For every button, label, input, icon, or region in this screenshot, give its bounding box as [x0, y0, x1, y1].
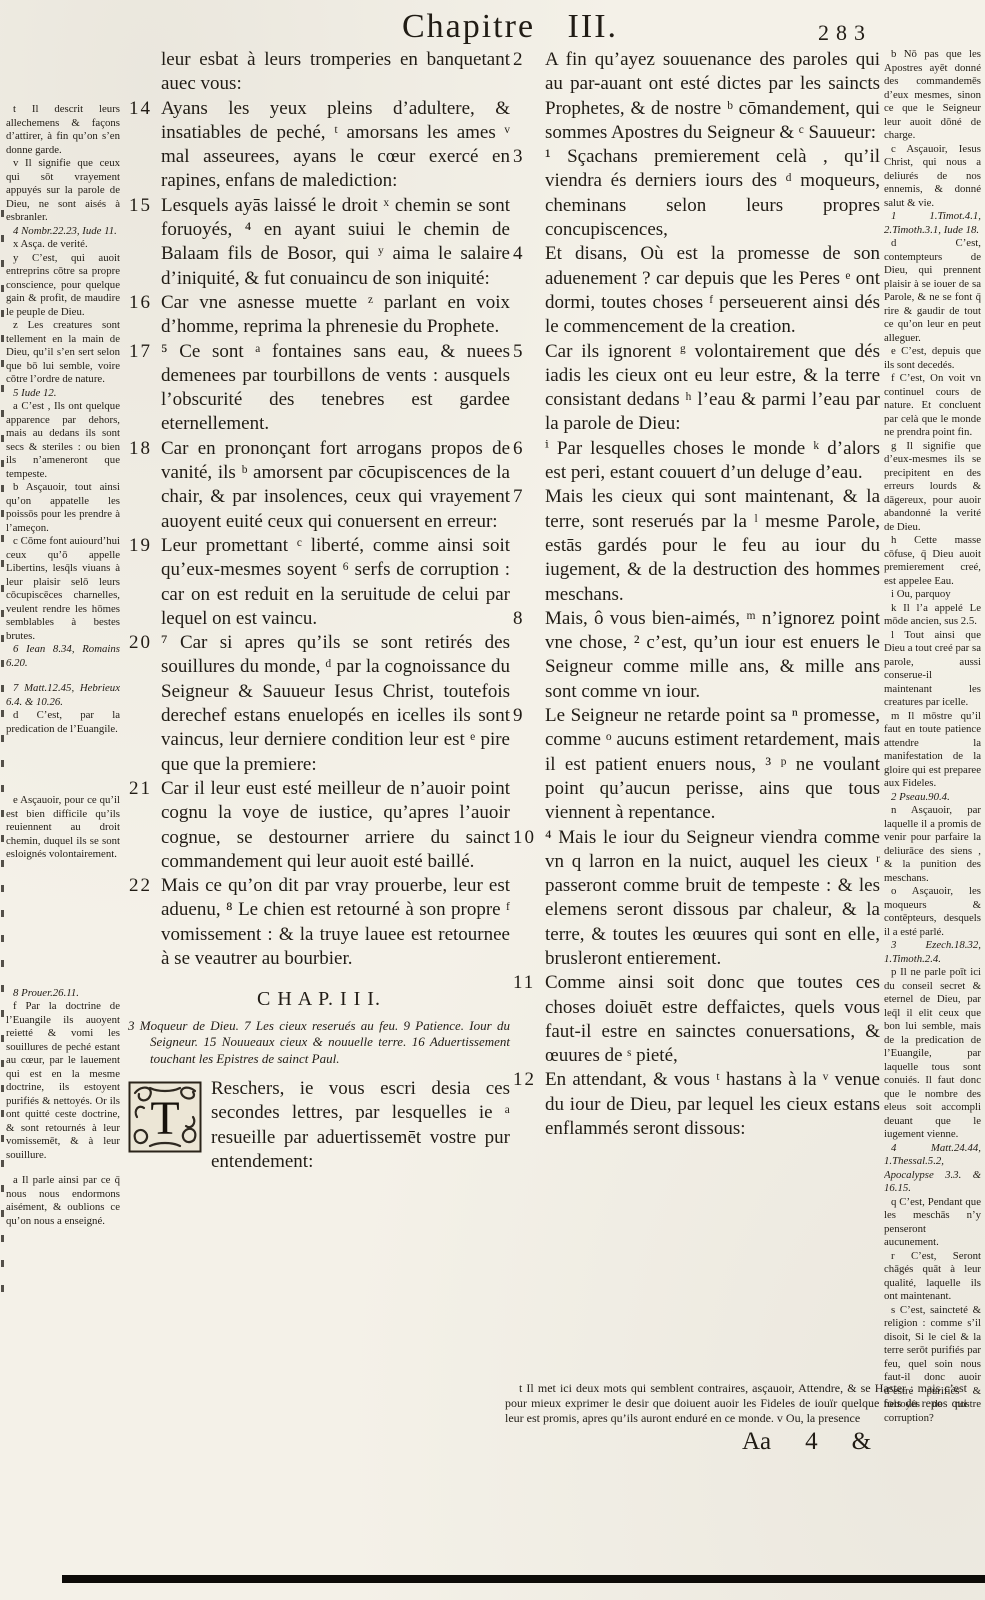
verse-paragraph: 2A fin qu’ayez souuenance des paroles qu… [512, 48, 880, 145]
verse-paragraph: 3¹ Sçachans premierement celà , qu’il vi… [512, 145, 880, 242]
margin-note: o Asçauoir, les moqueurs & contēpteurs, … [884, 885, 981, 939]
margin-note: 2 Pseau.90.4. [884, 791, 981, 805]
margin-note: a Il parle ainsi par ce q̄ nous nous end… [6, 1174, 120, 1228]
verse-text: Car ils ignorent ᵍ volontairement que dé… [545, 341, 880, 435]
verse-number: 10 [513, 826, 536, 850]
margin-note: d C’est, contempteurs de Dieu, qui prenn… [884, 237, 981, 345]
margin-note: 6 Iean 8.34, Romains 6.20. [6, 643, 120, 670]
margin-note: t Il descrit leurs allechemens & façons … [6, 103, 120, 157]
verse-text: Mais, ô vous bien-aimés, ᵐ n’ignorez poi… [545, 608, 880, 702]
verse-paragraph: 18Car en prononçant fort arrogans propos… [128, 437, 510, 534]
margin-note: 4 Matt.24.44, 1.Thessal.5.2, Apocalypse … [884, 1142, 981, 1196]
verse-text: Comme ainsi soit donc que toutes ces cho… [545, 972, 880, 1066]
verse-paragraph: 5Car ils ignorent ᵍ volontairement que d… [512, 340, 880, 437]
chapter-running-title: Chapitre III. [130, 8, 890, 46]
left-edge-bleed-marks [1, 210, 4, 1310]
leaf-number: 4 [805, 1428, 818, 1456]
margin-note: p Il ne parle poīt ici du conseil secret… [884, 966, 981, 1142]
verse-text: Ayans les yeux pleins d’adultere, & insa… [161, 98, 510, 192]
verse-number: 5 [513, 340, 525, 364]
verse-number: 22 [129, 874, 152, 898]
verse-paragraph: 16Car vne asnesse muette ᶻ parlant en vo… [128, 291, 510, 340]
margin-note: m Il mōstre qu’il faut en toute patience… [884, 710, 981, 791]
verse-number: 7 [513, 485, 525, 509]
margin-note: a C’est , Ils ont quelque apparence par … [6, 400, 120, 481]
verse-text: Car vne asnesse muette ᶻ parlant en voix… [161, 292, 510, 337]
chapter-opening-text: Reschers, ie vous escri desia ces second… [211, 1078, 510, 1172]
margin-note: r C’est, Seront chāgés quāt à leur quali… [884, 1250, 981, 1304]
verse-text: En attendant, & vous ᵗ hastans à la ᵛ ve… [545, 1069, 880, 1139]
verse-number: 17 [129, 340, 152, 364]
verse-text: Et disans, Où est la promesse de son adu… [545, 243, 880, 337]
margin-note: 8 Prouer.26.11. [6, 987, 120, 1001]
margin-note: x Asça. de verité. [6, 238, 120, 252]
margin-note: g Il signifie que d’eux-mesmes ils se pr… [884, 440, 981, 535]
margin-note: 3 Ezech.18.32, 1.Timoth.2.4. [884, 939, 981, 966]
verse-number: 20 [129, 631, 152, 655]
margin-note: d C’est, par la predication de l’Euangil… [6, 709, 120, 736]
catchword: & [852, 1428, 871, 1456]
verse-paragraph: 17⁵ Ce sont ᵃ fontaines sans eau, & nuee… [128, 340, 510, 437]
verse-number: 21 [129, 777, 152, 801]
chapter-opening-paragraph: T Reschers, ie vous escri desia ces seco… [128, 1077, 510, 1174]
bottom-rule [62, 1575, 985, 1583]
verse-paragraph: 14Ayans les yeux pleins d’adultere, & in… [128, 97, 510, 194]
margin-note: b Asçauoir, tout ainsi qu’on appatelle l… [6, 481, 120, 535]
verse-text: Mais ce qu’on dit par vray prouerbe, leu… [161, 875, 510, 969]
margin-note: c Asçauoir, Iesus Christ, qui nous a del… [884, 143, 981, 211]
verse-number: 19 [129, 534, 152, 558]
verse-paragraph: 11Comme ainsi soit donc que toutes ces c… [512, 971, 880, 1068]
verse-paragraph: 9Le Seigneur ne retarde point sa ⁿ prome… [512, 704, 880, 825]
right-margin-notes: b Nō pas que les Apostres ayēt donné des… [884, 48, 981, 1428]
verse-number: 8 [513, 607, 525, 631]
verse-number: 18 [129, 437, 152, 461]
verse-text: Le Seigneur ne retarde point sa ⁿ promes… [545, 705, 880, 823]
margin-note: c Cōme font auiourd’hui ceux qu’ō appell… [6, 535, 120, 643]
verse-number: 4 [513, 242, 525, 266]
verse-paragraph: 7Mais les cieux qui sont maintenant, & l… [512, 485, 880, 606]
margin-note: 4 Nombr.22.23, Iude 11. [6, 225, 120, 239]
margin-note: 1 1.Timot.4.1, 2.Timoth.3.1, Iude 18. [884, 210, 981, 237]
verse-paragraph: 8Mais, ô vous bien-aimés, ᵐ n’ignorez po… [512, 607, 880, 704]
verse-text: leur esbat à leurs tromperies en banquet… [161, 49, 510, 94]
verse-text: A fin qu’ayez souuenance des paroles qui… [545, 49, 880, 143]
verse-text: Car il leur eust esté meilleur de n’auoi… [161, 778, 510, 872]
margin-note: 7 Matt.12.45, Hebrieux 6.4. & 10.26. [6, 682, 120, 709]
verse-number: 16 [129, 291, 152, 315]
margin-note: y C’est, qui auoit entreprins cōtre sa p… [6, 252, 120, 320]
gathering-signature-line: Aa 4 & [742, 1428, 871, 1456]
margin-note: f Par la doctrine de l’Euangile ils auoy… [6, 1000, 120, 1162]
margin-note: i Ou, parquoy [884, 588, 981, 602]
verse-paragraph: 10⁴ Mais le iour du Seigneur viendra com… [512, 826, 880, 972]
left-margin-notes: t Il descrit leurs allechemens & façons … [6, 103, 120, 1448]
margin-note: q C’est, Pendant que les meschās n’y pen… [884, 1196, 981, 1250]
main-text-left-column: leur esbat à leurs tromperies en banquet… [128, 48, 510, 1174]
verse-paragraph: 4Et disans, Où est la promesse de son ad… [512, 242, 880, 339]
gathering-signature: Aa [742, 1428, 771, 1456]
verse-paragraph: 22Mais ce qu’on dit par vray prouerbe, l… [128, 874, 510, 971]
margin-note: k Il l’a appelé Le mōde ancien, sus 2.5. [884, 602, 981, 629]
verse-paragraph: 12En attendant, & vous ᵗ hastans à la ᵛ … [512, 1068, 880, 1141]
verse-text: Car en prononçant fort arrogans propos d… [161, 438, 510, 532]
chapter-heading: C H A P. I I I. [128, 987, 510, 1011]
margin-note: e Asçauoir, pour ce qu’il est bien diffi… [6, 794, 120, 862]
book-page: Chapitre III. 283 t Il descrit leurs all… [0, 0, 985, 1600]
verse-number: 6 [513, 437, 525, 461]
verse-paragraph: leur esbat à leurs tromperies en banquet… [128, 48, 510, 97]
margin-note: n Asçauoir, par laquelle il a promis de … [884, 804, 981, 885]
verse-number: 9 [513, 704, 525, 728]
verse-number: 15 [129, 194, 152, 218]
verse-paragraph: 20⁷ Car si apres qu’ils se sont retirés … [128, 631, 510, 777]
main-text-right-column: 2A fin qu’ayez souuenance des paroles qu… [512, 48, 880, 1141]
bottom-footnote: t Il met ici deux mots qui semblent cont… [505, 1381, 967, 1425]
verse-text: ⁴ Mais le iour du Seigneur viendra comme… [545, 827, 880, 969]
verse-paragraph: 19Leur promettant ᶜ liberté, comme ainsi… [128, 534, 510, 631]
verse-number: 11 [513, 971, 535, 995]
margin-note: 5 Iude 12. [6, 387, 120, 401]
margin-note: e C’est, depuis que ils sont decedés. [884, 345, 981, 372]
verse-paragraph: 21Car il leur eust esté meilleur de n’au… [128, 777, 510, 874]
margin-note: v Il signifie que ceux qui sōt vrayement… [6, 157, 120, 225]
verse-text: Leur promettant ᶜ liberté, comme ainsi s… [161, 535, 510, 629]
page-number: 283 [818, 20, 872, 46]
verse-number: 12 [513, 1068, 536, 1092]
verse-text: ⁱ Par lesquelles choses le monde ᵏ d’alo… [545, 438, 880, 483]
margin-note: f C’est, On voit vn continuel cours de n… [884, 372, 981, 440]
verse-paragraph: 15Lesquels ayās laissé le droit ˣ chemin… [128, 194, 510, 291]
chapter-summary: 3 Moqueur de Dieu. 7 Les cieux reserués … [128, 1018, 510, 1068]
margin-note: l Tout ainsi que Dieu a tout creé par sa… [884, 629, 981, 710]
verse-text: ⁷ Car si apres qu’ils se sont retirés de… [161, 632, 510, 774]
initial-letter: T [150, 1092, 179, 1145]
margin-note: h Cette masse cōfuse, q̄ Dieu auoit prem… [884, 534, 981, 588]
verse-paragraph: 6ⁱ Par lesquelles choses le monde ᵏ d’al… [512, 437, 880, 486]
verse-text: Mais les cieux qui sont maintenant, & la… [545, 486, 880, 604]
margin-note: z Les creatures sont tellement en la mai… [6, 319, 120, 387]
verse-text: ¹ Sçachans premierement celà , qu’il vie… [545, 146, 880, 240]
verse-text: ⁵ Ce sont ᵃ fontaines sans eau, & nuees … [161, 341, 510, 435]
verse-number: 2 [513, 48, 525, 72]
verse-number: 3 [513, 145, 525, 169]
decorated-initial-woodcut: T [128, 1081, 202, 1153]
verse-number: 14 [129, 97, 152, 121]
verse-text: Lesquels ayās laissé le droit ˣ chemin s… [161, 195, 510, 289]
margin-note: b Nō pas que les Apostres ayēt donné des… [884, 48, 981, 143]
